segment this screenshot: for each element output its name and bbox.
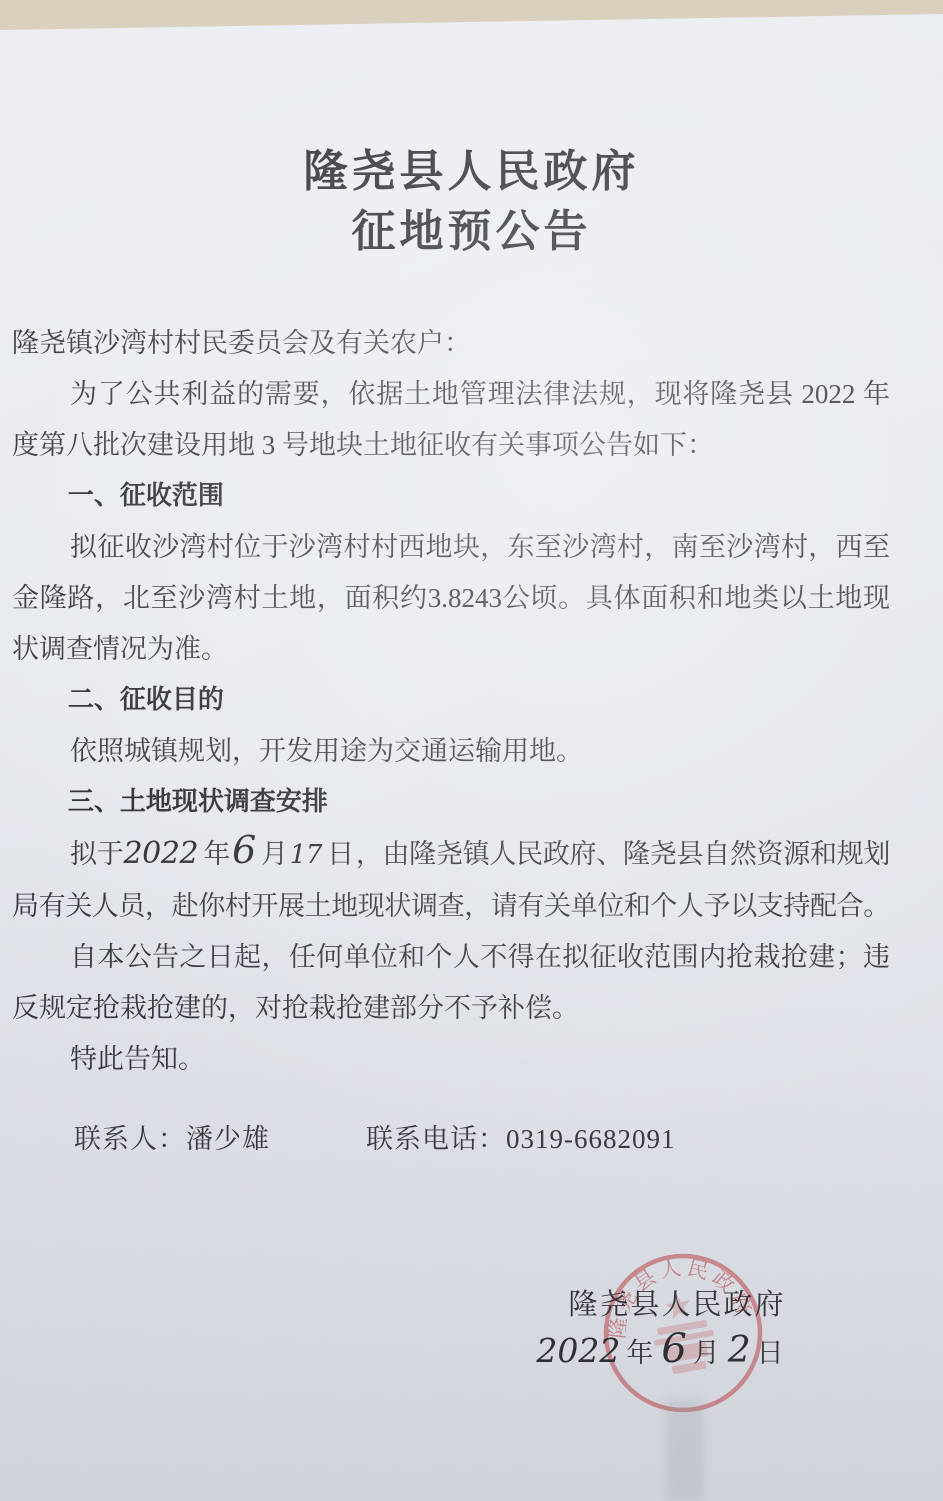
document-title: 隆尧县人民政府 征地预公告 [0, 148, 943, 256]
section1-paragraph: 拟征收沙湾村位于沙湾村村西地块，东至沙湾村，南至沙湾村，西至金隆路，北至沙湾村土… [12, 522, 890, 675]
section2-paragraph: 依照城镇规划，开发用途为交通运输用地。 [12, 726, 890, 777]
contact-person-label: 联系人： [74, 1124, 186, 1154]
closing-line: 特此告知。 [12, 1034, 890, 1085]
contact-line: 联系人：潘少雄联系电话：0319-6682091 [74, 1118, 676, 1160]
document-photo: 隆尧县人民政府 隆尧县人民政府 征地预公告 隆尧镇沙湾村村民委员会及有关农户： … [0, 0, 943, 1501]
signature-organization: 隆尧县人民政府 [552, 1282, 802, 1323]
survey-pre-text: 拟于 [70, 839, 123, 869]
signature-date: 2022年6月2日 [524, 1330, 804, 1371]
signature-year-unit: 年 [626, 1338, 653, 1368]
signature-day-unit: 日 [757, 1338, 784, 1368]
section2-heading: 二、征收目的 [12, 675, 890, 726]
handwritten-day: 17 [290, 840, 322, 870]
contact-person-name: 潘少雄 [186, 1124, 270, 1154]
signature-handwritten-month: 6 [661, 1326, 686, 1372]
survey-date-paragraph: 拟于2022年6月17日，由隆尧镇人民政府、隆尧县自然资源和规划局有关人员，赴你… [12, 828, 890, 932]
handwritten-year: 2022 [123, 836, 198, 871]
warning-paragraph: 自本公告之日起，任何单位和个人不得在拟征收范围内抢栽抢建；违反规定抢栽抢建的，对… [12, 932, 890, 1034]
day-unit: 日 [327, 839, 354, 869]
handwritten-month: 6 [232, 828, 256, 872]
salutation-line: 隆尧镇沙湾村村民委员会及有关农户： [12, 318, 890, 369]
signature-month-unit: 月 [693, 1338, 720, 1368]
intro-paragraph: 为了公共利益的需要，依据土地管理法律法规，现将隆尧县 2022 年度第八批次建设… [12, 369, 890, 471]
section3-heading: 三、土地现状调查安排 [12, 777, 890, 828]
title-line-announcement: 征地预公告 [0, 208, 943, 256]
document-body: 隆尧镇沙湾村村民委员会及有关农户： 为了公共利益的需要，依据土地管理法律法规，现… [12, 318, 890, 1085]
title-line-government: 隆尧县人民政府 [0, 148, 943, 196]
signature-handwritten-day: 2 [728, 1330, 751, 1371]
month-unit: 月 [261, 839, 288, 869]
year-unit: 年 [203, 839, 230, 869]
section1-heading: 一、征收范围 [12, 471, 890, 522]
contact-phone-label: 联系电话： [366, 1124, 506, 1154]
contact-phone-number: 0319-6682091 [506, 1124, 676, 1154]
paper-smudge [666, 1400, 704, 1501]
signature-handwritten-year: 2022 [536, 1331, 620, 1370]
